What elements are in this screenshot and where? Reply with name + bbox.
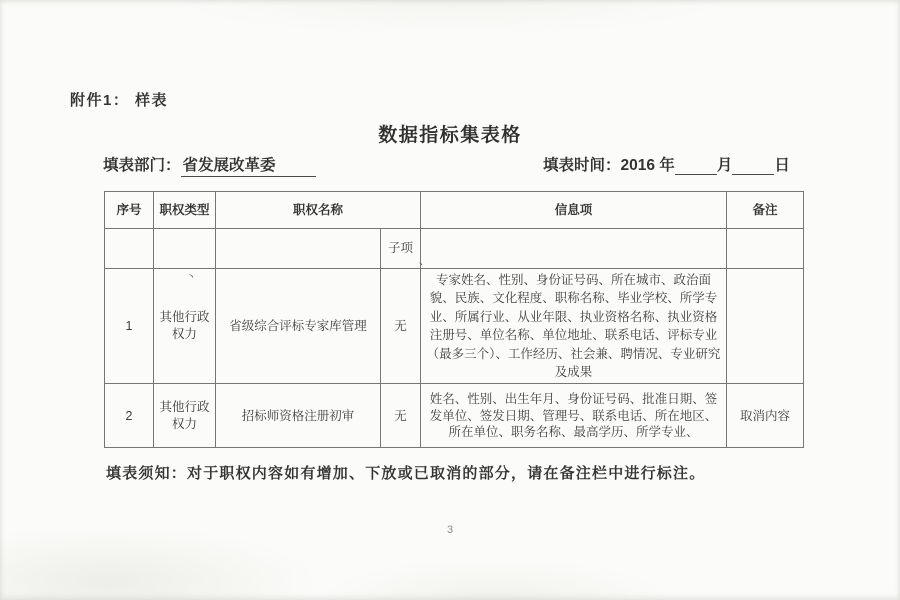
data-indicator-table: 序号 职权类型 职权名称 信息项 备注 子项 1 其他行政权力 省级综合评标专家… <box>104 191 804 448</box>
header-type: 职权类型 <box>154 192 216 229</box>
row1-remark <box>727 269 804 384</box>
time-day: 日 <box>774 157 790 174</box>
row2-name: 招标师资格注册初审 <box>216 384 381 448</box>
row2-info: 姓名、性别、出生年月、身份证号码、批准日期、签发单位、签发日期、管理号、联系电话… <box>421 384 727 448</box>
row1-type: 其他行政权力 <box>154 269 216 384</box>
attachment-label: 附件1： 样表 <box>70 89 168 110</box>
time-field: 填表时间：2016 年月日 <box>543 153 790 175</box>
row2-index: 2 <box>105 384 154 448</box>
department-field: 填表部门：省发展改革委 <box>103 153 316 177</box>
document-title: 数据指标集表格 <box>0 120 900 147</box>
row2-subitem: 无 <box>381 384 421 448</box>
row2-type: 其他行政权力 <box>154 384 216 448</box>
header-name: 职权名称 <box>216 192 421 229</box>
day-blank-line <box>732 159 774 175</box>
subheader-empty-index <box>105 229 154 269</box>
scanned-document-page: 附件1： 样表 数据指标集表格 填表部门：省发展改革委 填表时间：2016 年月… <box>0 0 900 600</box>
department-value: 省发展改革委 <box>181 153 316 177</box>
department-label: 填表部门： <box>103 157 181 174</box>
form-header-line: 填表部门：省发展改革委 填表时间：2016 年月日 <box>0 153 900 177</box>
subheader-empty-info <box>421 229 727 269</box>
table-header-row: 序号 职权类型 职权名称 信息项 备注 <box>105 192 804 229</box>
row2-remark: 取消内容 <box>727 384 804 448</box>
header-remark: 备注 <box>727 192 804 229</box>
table-row: 2 其他行政权力 招标师资格注册初审 无 姓名、性别、出生年月、身份证号码、批准… <box>105 384 804 448</box>
row1-subitem: 无 <box>381 269 421 384</box>
table-row: 1 其他行政权力 省级综合评标专家库管理 无 专家姓名、性别、身份证号码、所在城… <box>105 269 804 384</box>
subheader-empty-type <box>154 229 216 269</box>
row1-index: 1 <box>105 269 154 384</box>
page-number: 3 <box>0 524 900 536</box>
subheader-empty-name <box>216 229 381 269</box>
footer-note: 填表须知：对于职权内容如有增加、下放或已取消的部分，请在备注栏中进行标注。 <box>106 462 705 483</box>
header-info: 信息项 <box>421 192 727 229</box>
time-year: 2016 年 <box>621 157 675 174</box>
table-subheader-row: 子项 <box>105 229 804 269</box>
month-blank-line <box>675 159 717 175</box>
subheader-empty-remark <box>727 229 804 269</box>
time-label: 填表时间： <box>543 157 621 174</box>
time-month: 月 <box>717 157 733 174</box>
subheader-subitem: 子项 <box>381 229 421 269</box>
row1-info: 专家姓名、性别、身份证号码、所在城市、政治面貌、民族、文化程度、职称名称、毕业学… <box>421 269 727 384</box>
header-index: 序号 <box>105 192 154 229</box>
row1-name: 省级综合评标专家库管理 <box>216 269 381 384</box>
